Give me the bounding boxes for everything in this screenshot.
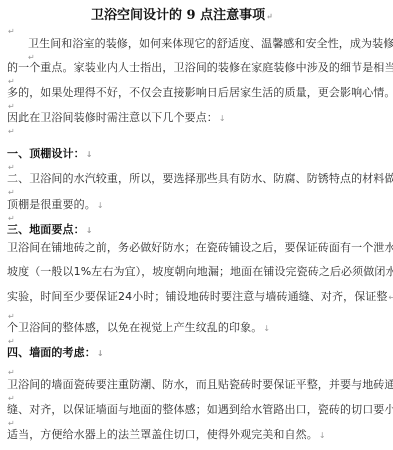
paragraph-mark: ↵: [8, 78, 15, 86]
body-line: 二、卫浴间的水汽较重，所以，要选择那些具有防水、防腐、防锈特点的材料做↵: [7, 172, 393, 187]
paragraph-mark: ↵: [8, 128, 15, 136]
paragraph-mark: ↵: [8, 28, 15, 36]
body-line: 顶棚是很重要的。↓: [7, 198, 104, 213]
section-heading-1: 一、顶棚设计：↓: [7, 147, 93, 162]
paragraph-mark: ↵: [8, 189, 15, 197]
paragraph-mark: ↵: [8, 338, 15, 346]
section-heading-3: 三、地面要点：↓: [7, 223, 93, 238]
body-line: 实验，时间至少要保证24小时；铺设地砖时要注意与墙砖通缝、对齐，保证整↵: [7, 290, 393, 305]
document-title: 卫浴空间设计的 9 点注意事项↵: [91, 4, 273, 23]
body-line: 卫浴间的墙面瓷砖要注重防潮、防水，而且贴瓷砖时要保证平整，并要与地砖通↵: [7, 378, 393, 393]
body-line: 卫生间和浴室的装修，如何来体现它的舒适度、温馨感和安全性，成为装修↵: [28, 37, 393, 52]
paragraph-mark: ↵: [8, 103, 15, 111]
paragraph-mark: ↵: [8, 215, 15, 223]
body-line: 的一个重点。家装业内人士指出，卫浴间的装修在家庭装修中涉及的细节是相当↵: [7, 61, 393, 76]
paragraph-mark: ↵: [8, 395, 15, 403]
section-heading-4: 四、墙面的考虑：↓: [7, 346, 104, 361]
paragraph-mark: ↵: [8, 164, 15, 172]
body-line: 适当，方便给水器上的法兰罩盖住切口，使得外观完美和自然。↓: [7, 428, 326, 443]
body-line: 卫浴间在铺地砖之前，务必做好防水；在瓷砖铺设之后，要保证砖面有一个泄水: [7, 241, 393, 255]
paragraph-mark: ↵: [8, 420, 15, 428]
body-line: 因此在卫浴间装修时需注意以下几个要点：↓: [7, 111, 226, 126]
body-line: 个卫浴间的整体感，以免在视觉上产生纹乱的印象。↓: [7, 321, 270, 336]
paragraph-mark: ↵: [8, 313, 15, 321]
body-line: 多的，如果处理得不好，不仅会直接影响日后居家生活的质量，更会影响心情。↵: [7, 86, 393, 101]
body-line: 缝、对齐，以保证墙面与地面的整体感；如遇到给水管路出口，瓷砖的切口要小、↵: [7, 403, 393, 418]
paragraph-mark: ↵: [8, 369, 15, 377]
body-line: 坡度（一般以1%左右为宜），坡度朝向地漏；地面在铺设完瓷砖之后必须做闭水: [7, 265, 393, 279]
